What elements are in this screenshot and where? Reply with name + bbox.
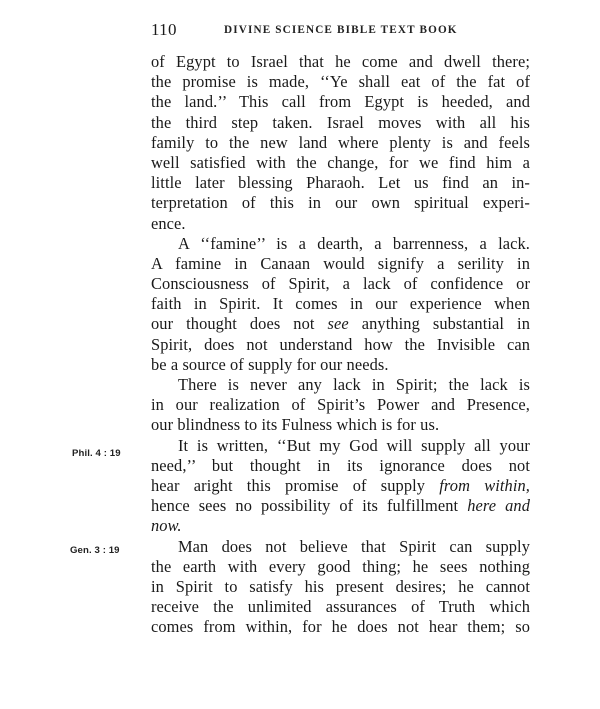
text-line: faith in Spirit. It comes in our experie… (151, 294, 530, 314)
italic-emphasis: now. (151, 516, 182, 535)
text-line: the third step taken. Israel moves with … (151, 113, 530, 133)
running-head-title: DIVINE SCIENCE BIBLE TEXT BOOK (224, 23, 458, 37)
text-line: hear aright this promise of supply from … (151, 476, 530, 496)
text-line: the land.’’ This call from Egypt is heed… (151, 92, 530, 112)
paragraph-2: A ‘‘famine’’ is a dearth, a barrenness, … (151, 234, 530, 375)
italic-emphasis: see (328, 314, 349, 333)
text-line: be a source of supply for our needs. (151, 355, 530, 375)
text-line: well satisfied with the change, for we f… (151, 153, 530, 173)
italic-emphasis: here and (467, 496, 530, 515)
text-line: A ‘‘famine’’ is a dearth, a barrenness, … (151, 234, 530, 254)
text-line: in our realization of Spirit’s Power and… (151, 395, 530, 415)
text-line: the earth with every good thing; he sees… (151, 557, 530, 577)
text-segment: anything substantial in (349, 314, 530, 333)
text-line: need,’’ but thought in its ignorance doe… (151, 456, 530, 476)
text-line: There is never any lack in Spirit; the l… (151, 375, 530, 395)
text-line: in Spirit to satisfy his present desires… (151, 577, 530, 597)
text-line: receive the unlimited assurances of Trut… (151, 597, 530, 617)
text-line: hence sees no possibility of its fulfill… (151, 496, 530, 516)
text-line: A famine in Canaan would signify a seril… (151, 254, 530, 274)
paragraph-3: There is never any lack in Spirit; the l… (151, 375, 530, 436)
text-line: ence. (151, 214, 530, 234)
text-segment: hence sees no possibility of its fulfill… (151, 496, 467, 515)
text-line: our thought does not see anything substa… (151, 314, 530, 334)
margin-note-gen-3-19: Gen. 3 : 19 (70, 545, 120, 557)
text-line: Man does not believe that Spirit can sup… (151, 537, 530, 557)
text-line: It is written, ‘‘But my God will supply … (151, 436, 530, 456)
text-line: our blindness to its Fulness which is fo… (151, 415, 530, 435)
margin-note-phil-4-19: Phil. 4 : 19 (72, 448, 121, 460)
text-line: terpretation of this in our own spiritua… (151, 193, 530, 213)
paragraph-1: of Egypt to Israel that he come and dwel… (151, 52, 530, 234)
text-segment: hear aright this promise of supply (151, 476, 439, 495)
text-line: little later blessing Pharaoh. Let us fi… (151, 173, 530, 193)
text-line: now. (151, 516, 530, 536)
text-line: family to the new land where plenty is a… (151, 133, 530, 153)
text-line: Consciousness of Spirit, a lack of confi… (151, 274, 530, 294)
text-line: the promise is made, ‘‘Ye shall eat of t… (151, 72, 530, 92)
text-line: comes from within, for he does not hear … (151, 617, 530, 637)
body-text: of Egypt to Israel that he come and dwel… (151, 52, 530, 637)
page-number: 110 (151, 20, 177, 40)
paragraph-4: It is written, ‘‘But my God will supply … (151, 436, 530, 537)
italic-emphasis: from within, (439, 476, 530, 495)
paragraph-5: Man does not believe that Spirit can sup… (151, 537, 530, 638)
text-line: of Egypt to Israel that he come and dwel… (151, 52, 530, 72)
text-segment: our thought does not (151, 314, 328, 333)
text-line: Spirit, does not understand how the Invi… (151, 335, 530, 355)
